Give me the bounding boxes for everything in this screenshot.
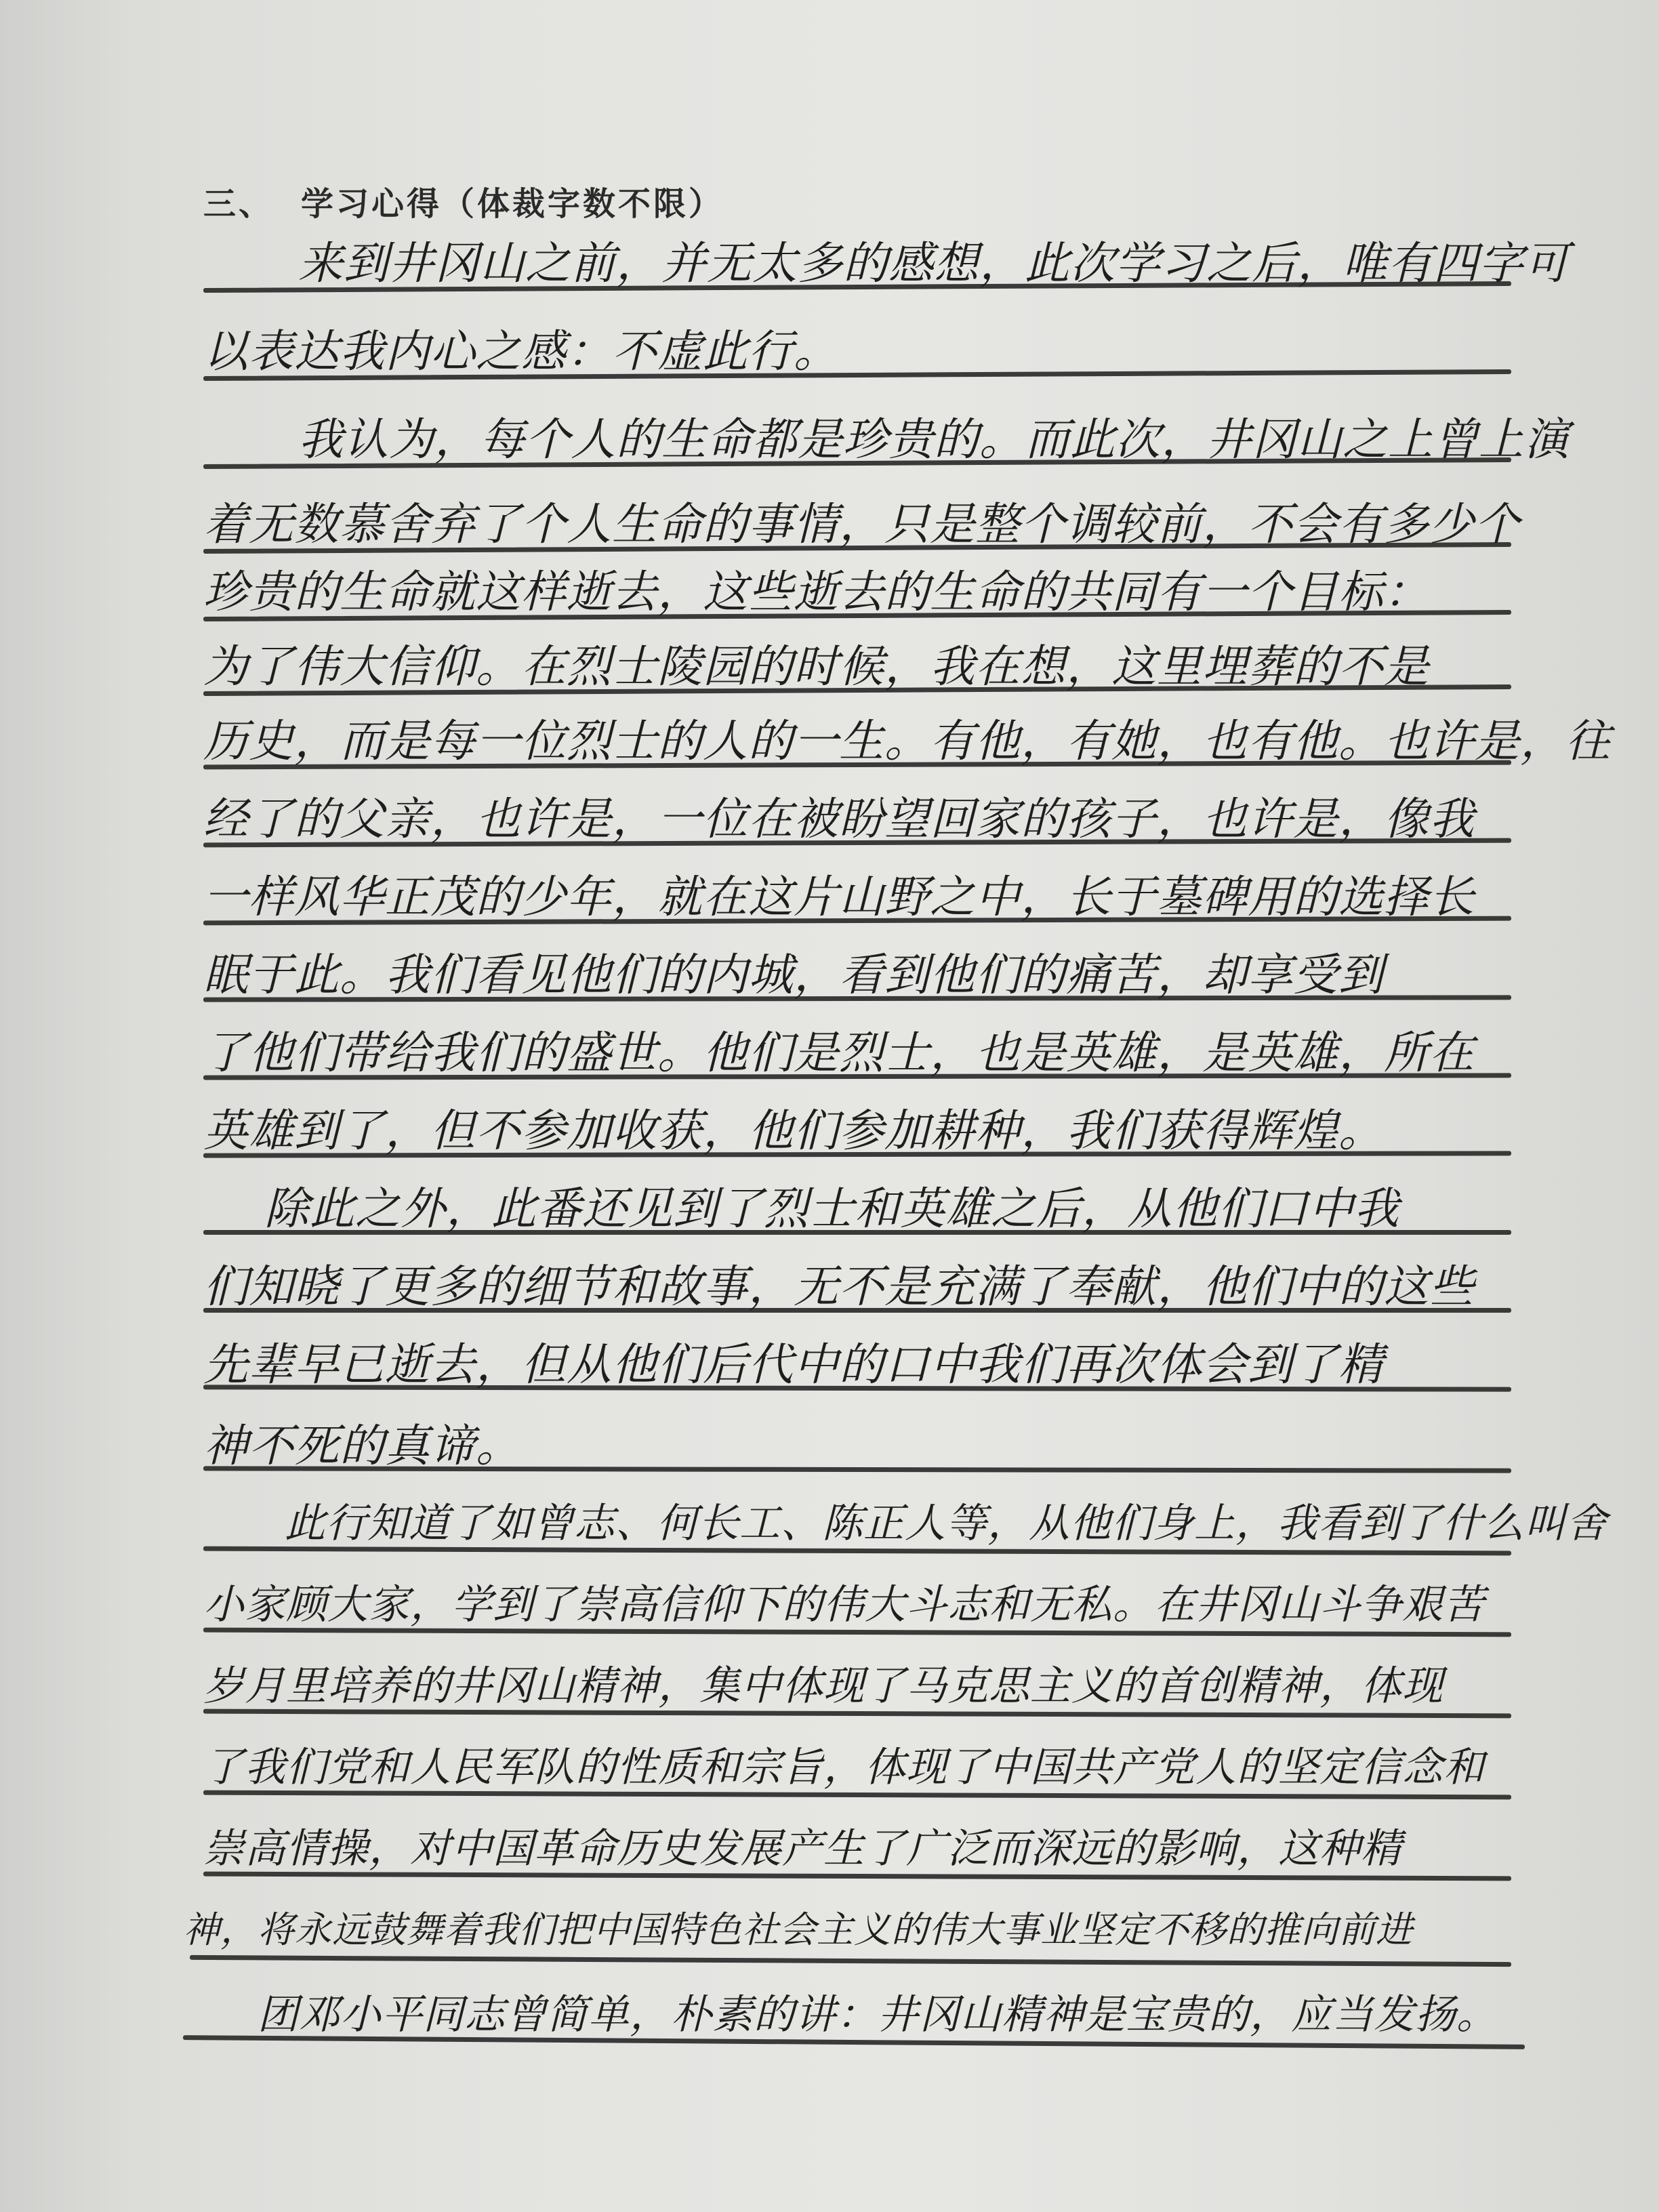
handwritten-line: 小家顾大家，学到了崇高信仰下的伟大斗志和无私。在井冈山斗争艰苦 <box>203 1572 1485 1631</box>
handwritten-line: 以表达我内心之感：不虚此行。 <box>203 315 839 380</box>
handwritten-line: 历史，而是每一位烈士的人的一生。有他，有她，也有他。也许是，往 <box>203 705 1611 769</box>
handwritten-line: 岁月里培养的井冈山精神，集中体现了马克思主义的首创精神，体现 <box>203 1654 1443 1712</box>
handwritten-line: 崇高情操，对中国革命历史发展产生了广泛而深远的影响，这种精 <box>203 1816 1402 1875</box>
handwritten-line: 眠于此。我们看见他们的内城，看到他们的痛苦，却享受到 <box>203 939 1384 1003</box>
handwritten-line: 除此之外，此番还见到了烈士和英雄之后，从他们口中我 <box>264 1172 1399 1237</box>
handwritten-line: 来到井冈山之前，并无太多的感想，此次学习之后，唯有四字可 <box>298 227 1570 291</box>
handwritten-page: 三、学习心得（体裁字数不限） 来到井冈山之前，并无太多的感想，此次学习之后，唯有… <box>0 0 1659 2212</box>
handwritten-line: 团邓小平同志曾简单，朴素的讲：井冈山精神是宝贵的，应当发扬。 <box>258 1982 1498 2041</box>
handwritten-line: 了他们带给我们的盛世。他们是烈士，也是英雄，是英雄，所在 <box>203 1017 1475 1081</box>
handwritten-line: 着无数慕舍弃了个人生命的事情，只是整个调较前，不会有多少个 <box>203 488 1520 552</box>
handwritten-line: 神不死的真谛。 <box>203 1410 521 1474</box>
ruled-line <box>190 1955 1511 1967</box>
handwritten-line: 为了伟大信仰。在烈士陵园的时候，我在想，这里埋葬的不是 <box>203 630 1429 695</box>
handwritten-line: 英雄到了，但不参加收获，他们参加耕种，我们获得辉煌。 <box>203 1094 1384 1159</box>
handwritten-line: 先辈早已逝去，但从他们后代中的口中我们再次体会到了精 <box>203 1328 1384 1393</box>
handwritten-line: 神，将永远鼓舞着我们把中国特色社会主义的伟大事业坚定不移的推向前进 <box>183 1901 1413 1953</box>
handwritten-line: 此行知道了如曾志、何长工、陈正人等，从他们身上，我看到了什么叫舍 <box>285 1491 1607 1549</box>
handwritten-line: 珍贵的生命就这样逝去，这些逝去的生命的共同有一个目标： <box>203 556 1429 620</box>
handwritten-line: 一样风华正茂的少年，就在这片山野之中，长于墓碑用的选择长 <box>203 861 1475 925</box>
handwritten-line: 们知晓了更多的细节和故事，无不是充满了奉献，他们中的这些 <box>203 1250 1475 1315</box>
handwritten-line: 了我们党和人民军队的性质和宗旨，体现了中国共产党人的坚定信念和 <box>203 1735 1485 1793</box>
handwritten-line: 我认为，每个人的生命都是珍贵的。而此次，井冈山之上曾上演 <box>298 403 1570 468</box>
handwritten-line: 经了的父亲，也许是，一位在被盼望回家的孩子，也许是，像我 <box>203 783 1475 847</box>
